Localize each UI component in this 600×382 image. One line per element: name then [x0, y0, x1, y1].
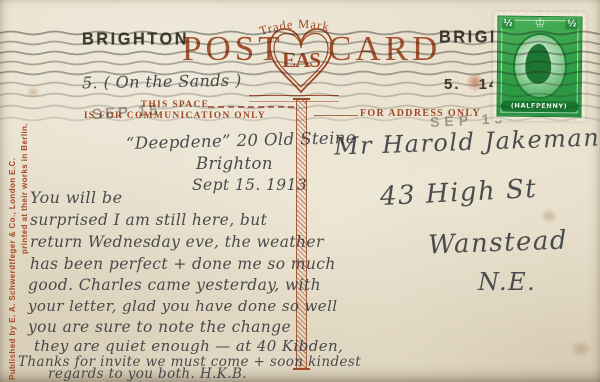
- message-line: surprised I am still here, but: [30, 211, 267, 229]
- publisher-line-1: Published by E. A. Schwerdtfeger & Co., …: [8, 158, 17, 380]
- stamp-denomination-left: ½: [501, 19, 514, 29]
- message-heading-line: Sept 15. 1913: [192, 176, 307, 194]
- age-spot: [26, 86, 40, 98]
- stamp-denomination-right: ½: [565, 19, 578, 29]
- caption-handwriting: 5. ( On the Sands ): [82, 71, 242, 93]
- eas-monogram: EAS: [282, 48, 320, 72]
- crown-icon: ♔: [534, 16, 545, 30]
- message-line: you are sure to note the change: [28, 318, 291, 336]
- message-line: regards to you both. H.K.B.: [48, 366, 247, 382]
- address-line: Wanstead: [428, 226, 569, 261]
- king-profile-silhouette: [523, 43, 551, 84]
- age-spot: [540, 208, 558, 224]
- card-word: CARD: [328, 29, 441, 69]
- red-ink-smudge: [466, 72, 484, 92]
- address-dash-rule: [314, 115, 358, 116]
- halfpenny-stamp: ½ ½ ♔ (HALFPENNY): [492, 12, 586, 122]
- message-line: they are quiet enough — at 40 Kibden,: [34, 337, 343, 355]
- address-line: Mr Harold Jakeman: [334, 123, 600, 160]
- address-line: N.E.: [478, 268, 536, 296]
- postcard-back: Trade Mark POST CARD EAS THIS SPACE IS F…: [0, 0, 600, 382]
- message-line: You will be: [30, 188, 122, 207]
- message-line: your letter, glad you have done so well: [28, 297, 337, 315]
- age-spot: [570, 340, 592, 358]
- publisher-line-2: printed at their works in Berlin.: [20, 123, 29, 254]
- message-heading-line: “Deepdene” 20 Old Steine: [126, 128, 356, 153]
- message-line: return Wednesday eve, the weather: [30, 233, 324, 251]
- message-line: good. Charles came yesterday, with: [28, 276, 321, 294]
- stamp-field: ½ ½ ♔ (HALFPENNY): [496, 16, 582, 118]
- message-heading-line: Brighton: [196, 154, 273, 173]
- message-line: has been perfect + done me so much: [30, 255, 336, 273]
- address-line: 43 High St: [379, 174, 538, 212]
- postmark-town-left: BRIGHTON: [82, 30, 189, 50]
- stamp-value-label: (HALFPENNY): [500, 101, 578, 113]
- eas-heart-logo: EAS: [268, 26, 334, 106]
